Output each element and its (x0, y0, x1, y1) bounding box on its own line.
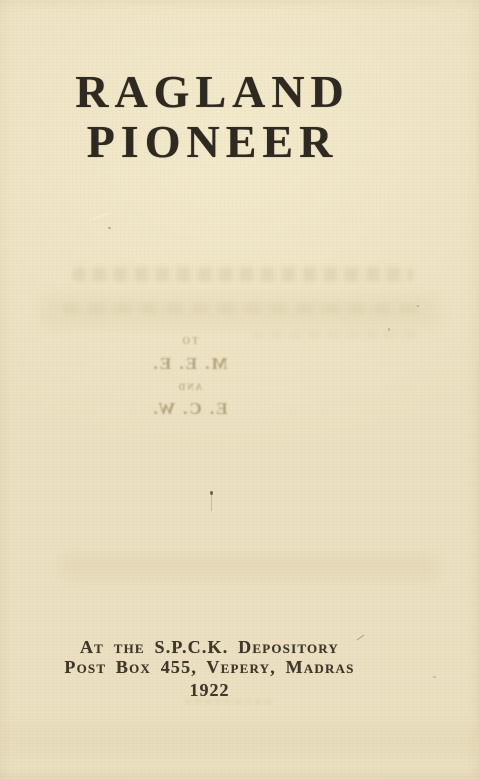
imprint-block: At the S.P.C.K. Depository Post Box 455,… (0, 637, 449, 700)
imprint-depository-line: At the S.P.C.K. Depository (0, 637, 449, 657)
paper-speck (388, 328, 390, 331)
showthrough-text-to: TO (0, 336, 429, 348)
paper-speck (210, 491, 213, 495)
showthrough-text-initials-1: M. E. E. (0, 354, 429, 373)
paper-speck (417, 305, 419, 307)
scanned-book-title-page: RAGLAND PIONEER TO M. E. E. AND E. C. W.… (0, 0, 479, 780)
book-title: RAGLAND PIONEER (0, 67, 452, 167)
paper-speck (108, 226, 112, 229)
showthrough-smudge (72, 267, 414, 282)
book-title-line-2: PIONEER (0, 117, 452, 167)
showthrough-text-and: AND (0, 382, 429, 392)
paper-shading-band (0, 726, 479, 756)
showthrough-text-initials-2: E. C. W. (0, 399, 429, 418)
paper-shading-band (40, 296, 440, 326)
showthrough-dedication-block: TO M. E. E. AND E. C. W. (0, 336, 429, 418)
paper-shading-band (60, 556, 440, 578)
book-title-line-1: RAGLAND (0, 67, 452, 117)
paper-scratch (92, 213, 107, 219)
imprint-address-line: Post Box 455, Vepery, Madras (0, 657, 449, 677)
showthrough-smudge (252, 330, 417, 339)
imprint-year: 1922 (0, 680, 449, 700)
showthrough-smudge (62, 303, 422, 314)
